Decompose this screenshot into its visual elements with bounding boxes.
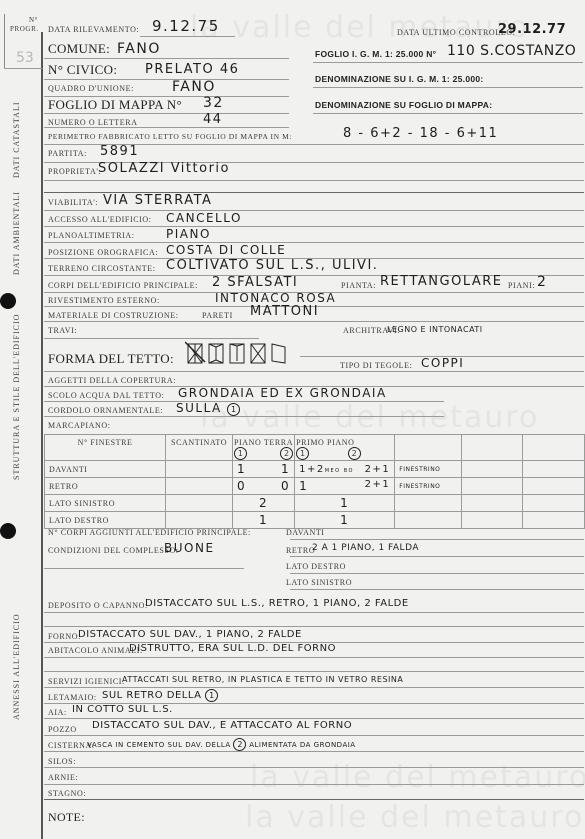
cell-value: 0	[281, 479, 290, 493]
ref-circle-icon: 1	[205, 689, 218, 702]
cell[interactable]: 12+1	[295, 478, 395, 495]
forma-tetto-label: FORMA DEL TETTO:	[48, 351, 174, 367]
side-label-struttura: STRUTTURA E STILE DELL'EDIFICIO	[12, 314, 21, 480]
plano-label: PLANOALTIMETRIA:	[48, 231, 135, 240]
perimetro-value[interactable]: 8 - 6+2 - 18 - 6+11	[343, 126, 498, 141]
gable-roof-icon[interactable]	[209, 344, 223, 363]
piani-label: PIANI:	[508, 281, 535, 290]
shed-roof-icon[interactable]	[272, 344, 285, 363]
col-header: SCANTINATO	[166, 435, 233, 461]
table-row: LATO DESTRO 1 1	[45, 512, 585, 529]
igm-label: FOGLIO I. G. M. 1: 25.000 N°	[315, 49, 436, 59]
roof-shapes	[185, 340, 295, 366]
viabilita-label: VIABILITA':	[48, 198, 98, 207]
viabilita-value[interactable]: VIA STERRATA	[103, 193, 212, 208]
field-line	[290, 539, 584, 540]
cisterna-text: ALIMENTATA DA GRONDAIA	[249, 741, 355, 749]
field-line	[313, 113, 583, 114]
cell[interactable]	[462, 512, 523, 529]
field-line	[44, 568, 244, 569]
note-label: NOTE:	[48, 810, 85, 825]
field-line	[44, 784, 584, 785]
retro-label: RETRO	[286, 546, 315, 555]
watermark: la valle del metauro	[200, 400, 539, 435]
cell[interactable]	[395, 512, 462, 529]
field-line	[44, 321, 584, 322]
margin-line	[41, 32, 43, 839]
progr-label: N° PROGR.	[10, 16, 38, 34]
table-row: DAVANTI 11 1+2MEO BO 2+1 FINESTRINO	[45, 461, 585, 478]
cordolo-text: SULLA	[176, 401, 222, 415]
numero-label: NUMERO o LETTERA	[48, 118, 138, 127]
field-line	[44, 718, 584, 719]
cell[interactable]: FINESTRINO	[395, 478, 462, 495]
col-header: PRIMO PIANO 1 2	[295, 435, 395, 461]
field-line	[44, 275, 584, 276]
ref-circle-icon: 1	[234, 447, 247, 460]
tegole-value[interactable]: COPPI	[421, 356, 464, 370]
aia-value[interactable]: IN COTTO SUL L.S.	[72, 704, 173, 715]
pareti-label: PARETI	[202, 311, 233, 320]
partita-label: PARTITA:	[48, 149, 87, 158]
aia-label: AIA:	[48, 708, 67, 717]
field-line	[44, 751, 584, 752]
cell[interactable]	[522, 478, 584, 495]
hip-roof-checked-icon[interactable]	[185, 342, 205, 363]
cell[interactable]	[166, 461, 233, 478]
row-label: LATO DESTRO	[45, 512, 166, 529]
foglio-value[interactable]: 32	[203, 95, 224, 111]
field-line	[44, 416, 444, 417]
terreno-value[interactable]: COLTIVATO SUL L.S., ULIVI.	[166, 258, 378, 273]
lato-sinistro-label: LATO SINISTRO	[286, 578, 352, 587]
letamaio-text: SUL RETRO DELLA	[102, 690, 202, 701]
cisterna-text: VASCA IN CEMENTO SUL DAV. DELLA	[87, 741, 231, 749]
pianta-label: PIANTA:	[341, 281, 376, 290]
corpi-aggiunti-label: N° CORPI AGGIUNTI ALL'EDIFICIO PRINCIPAL…	[48, 528, 251, 537]
side-label-catastali: DATI CATASTALI	[12, 102, 21, 179]
ref-circle-icon: 2	[233, 738, 246, 751]
cell-value: 2+1	[365, 464, 391, 475]
materiale-value[interactable]: MATTONI	[250, 304, 319, 319]
field-line	[44, 626, 584, 627]
cell[interactable]	[166, 512, 233, 529]
col-header	[462, 435, 523, 461]
cell[interactable]: 00	[232, 478, 294, 495]
abitacolo-value[interactable]: DISTRUTTO, ERA SUL L.D. DEL FORNO	[129, 643, 336, 654]
architravi-value[interactable]: LEGNO E INTONACATI	[387, 325, 483, 334]
data-rilevamento-value[interactable]: 9.12.75	[152, 17, 220, 35]
igm-value[interactable]: 110 S.COSTANZO	[447, 43, 576, 59]
quadro-value[interactable]: FANO	[172, 79, 216, 95]
perimetro-label: PERIMETRO FABBRICATO LETTO SU FOGLIO DI …	[48, 132, 292, 141]
col-header-label: PRIMO PIANO	[296, 438, 354, 447]
terreno-label: TERRENO CIRCOSTANTE:	[48, 264, 156, 273]
aggetti-label: AGGETTI DELLA COPERTURA:	[48, 376, 176, 385]
field-line	[44, 657, 584, 658]
condizioni-label: CONDIZIONI DEL COMPLESSO:	[48, 546, 179, 555]
cell[interactable]	[522, 461, 584, 478]
arnie-label: ARNIE:	[48, 773, 78, 782]
cordolo-value[interactable]: SULLA 1	[176, 401, 240, 416]
accesso-value[interactable]: CANCELLO	[166, 211, 242, 225]
col-header: PIANO TERRA 1 2	[232, 435, 294, 461]
letamaio-value[interactable]: SUL RETRO DELLA 1	[102, 689, 218, 702]
field-line	[44, 735, 584, 736]
comune-label: COMUNE:	[48, 41, 110, 57]
deposito-value[interactable]: DISTACCATO SUL L.S., RETRO, 1 PIANO, 2 F…	[145, 598, 409, 609]
cell-value: 1	[281, 462, 290, 476]
comune-value[interactable]: FANO	[117, 41, 161, 57]
cell-value: 2+1	[365, 479, 391, 490]
field-line	[44, 671, 584, 672]
servizi-label: SERVIZI IGIENICI:	[48, 677, 125, 686]
marcapiano-label: MARCAPIANO:	[48, 421, 111, 430]
binder-hole	[0, 523, 16, 539]
cell-note: MEO BO	[325, 468, 354, 474]
col-header: N° FINESTRE	[45, 435, 166, 461]
cisterna-value[interactable]: VASCA IN CEMENTO SUL DAV. DELLA 2 ALIMEN…	[87, 738, 356, 751]
pianta-value[interactable]: RETTANGOLARE	[380, 274, 503, 289]
letamaio-label: LETAMAIO:	[48, 693, 97, 702]
field-line	[44, 127, 289, 128]
scolo-value[interactable]: GRONDAIA ED EX GRONDAIA	[178, 386, 387, 400]
field-line	[290, 556, 584, 557]
deposito-label: DEPOSITO o CAPANNO:	[48, 601, 148, 610]
cell-value: 1+2	[299, 464, 325, 475]
field-line	[44, 58, 289, 59]
field-line	[44, 767, 584, 768]
lato-destro-label: LATO DESTRO	[286, 562, 346, 571]
col-header	[395, 435, 462, 461]
field-line	[44, 180, 584, 181]
field-line	[44, 371, 584, 372]
den-foglio-label: DENOMINAZIONE SU FOGLIO DI MAPPA:	[315, 100, 492, 110]
table-header-row: N° FINESTRE SCANTINATO PIANO TERRA 1 2 P…	[45, 435, 585, 461]
data-ultimo-controllo-value[interactable]: 29.12.77	[498, 22, 566, 37]
ref-circle-icon: 1	[296, 447, 309, 460]
progr-box-line	[4, 68, 42, 69]
retro-value[interactable]: 2 A 1 PIANO, 1 FALDA	[312, 543, 419, 553]
finestre-table: N° FINESTRE SCANTINATO PIANO TERRA 1 2 P…	[44, 434, 585, 529]
ref-circle-icon: 2	[280, 447, 293, 460]
silos-label: SILOS:	[48, 757, 76, 766]
partita-value[interactable]: 5891	[100, 144, 139, 159]
cell[interactable]	[522, 495, 584, 512]
cell[interactable]	[522, 512, 584, 529]
forno-value[interactable]: DISTACCATO SUL DAV., 1 PIANO, 2 FALDE	[78, 629, 302, 640]
row-label: LATO SINISTRO	[45, 495, 166, 512]
col-header	[522, 435, 584, 461]
servizi-value[interactable]: ATTACCATI SUL RETRO, IN PLASTICA E TETTO…	[122, 675, 403, 684]
row-label: DAVANTI	[45, 461, 166, 478]
cell-value: 0	[237, 479, 246, 493]
piani-value[interactable]: 2	[537, 274, 547, 290]
field-line	[44, 226, 584, 227]
note-field[interactable]	[100, 806, 580, 836]
corpi-label: CORPI DELL'EDIFICIO PRINCIPALE:	[48, 281, 198, 290]
field-line	[140, 36, 235, 37]
cell[interactable]	[462, 495, 523, 512]
den-igm-label: DENOMINAZIONE SU I. G. M. 1: 25.000:	[315, 74, 484, 84]
rivestimento-value[interactable]: INTONACO ROSA	[215, 291, 336, 305]
field-line	[313, 62, 583, 63]
stagno-label: STAGNO:	[48, 789, 86, 798]
hip-roof-icon[interactable]	[251, 344, 265, 363]
row-label: RETRO	[45, 478, 166, 495]
cell[interactable]	[166, 495, 233, 512]
foglio-label: FOGLIO DI MAPPA N°	[48, 97, 182, 113]
field-line	[44, 210, 584, 211]
data-rilevamento-label: DATA RILEVAMENTO:	[48, 25, 139, 34]
posizione-value[interactable]: COSTA DI COLLE	[166, 243, 286, 257]
field-line	[290, 589, 584, 590]
cell[interactable]	[395, 495, 462, 512]
field-line	[44, 401, 444, 402]
materiale-label: MATERIALE DI COSTRUZIONE:	[48, 311, 179, 320]
forno-label: FORNO:	[48, 632, 81, 641]
progr-value: 53	[16, 50, 34, 66]
quadro-label: QUADRO D'UNIONE:	[48, 84, 134, 93]
cell[interactable]	[462, 478, 523, 495]
corpi-value[interactable]: 2 SFALSATI	[212, 275, 298, 290]
field-line	[44, 242, 584, 243]
numero-value[interactable]: 44	[203, 112, 223, 127]
ref-circle-icon: 2	[348, 447, 361, 460]
cell[interactable]: 2	[232, 495, 294, 512]
cell[interactable]: 1	[232, 512, 294, 529]
field-line	[313, 87, 583, 88]
proprieta-label: PROPRIETA':	[48, 167, 101, 176]
cordolo-label: CORDOLO ORNAMENTALE:	[48, 406, 163, 415]
cell-value: 1	[299, 479, 308, 493]
cell[interactable]: 1	[295, 512, 395, 529]
field-line	[44, 687, 584, 688]
civico-label: N° CIVICO:	[48, 62, 117, 78]
field-line	[44, 113, 289, 114]
col-header-label: PIANO TERRA	[234, 438, 293, 447]
scolo-label: SCOLO ACQUA DAL TETTO:	[48, 391, 164, 400]
tegole-label: TIPO DI TEGOLE:	[340, 361, 412, 370]
cell[interactable]: 1	[295, 495, 395, 512]
progr-box-line	[4, 14, 5, 69]
proprieta-value[interactable]: SOLAZZI Vittorio	[98, 161, 230, 176]
rivestimento-label: RIVESTIMENTO ESTERNO:	[48, 296, 160, 305]
condizioni-value[interactable]: BUONE	[164, 541, 215, 555]
gable-roof-alt-icon[interactable]	[230, 344, 244, 363]
cell[interactable]: FINESTRINO	[395, 461, 462, 478]
field-line	[44, 79, 289, 80]
section-divider	[44, 799, 584, 800]
binder-hole	[0, 293, 16, 309]
cell[interactable]: 1+2MEO BO 2+1	[295, 461, 395, 478]
ref-circle-icon: 1	[227, 403, 240, 416]
field-line	[44, 338, 259, 339]
posizione-label: POSIZIONE OROGRAFICA:	[48, 248, 158, 257]
field-line	[290, 573, 584, 574]
cell[interactable]	[166, 478, 233, 495]
side-label-annessi: ANNESSI ALL'EDIFICIO	[12, 613, 21, 720]
table-row: RETRO 00 12+1 FINESTRINO	[45, 478, 585, 495]
pozzo-label: POZZO	[48, 725, 77, 734]
side-label-ambientali: DATI AMBIENTALI	[12, 191, 21, 275]
field-line	[44, 612, 584, 613]
travi-label: TRAVI:	[48, 326, 77, 335]
civico-value[interactable]: PRELATO 46	[145, 62, 239, 77]
cell[interactable]	[462, 461, 523, 478]
plano-value[interactable]: PIANO	[166, 227, 211, 241]
cell-value: 1	[237, 462, 246, 476]
accesso-label: ACCESSO ALL'EDIFICIO:	[48, 215, 152, 224]
cell[interactable]: 11	[232, 461, 294, 478]
davanti-label: DAVANTI	[286, 528, 325, 537]
pozzo-value[interactable]: DISTACCATO SUL DAV., E ATTACCATO AL FORN…	[92, 720, 352, 731]
table-row: LATO SINISTRO 2 1	[45, 495, 585, 512]
watermark: la valle del metauro	[250, 760, 585, 795]
